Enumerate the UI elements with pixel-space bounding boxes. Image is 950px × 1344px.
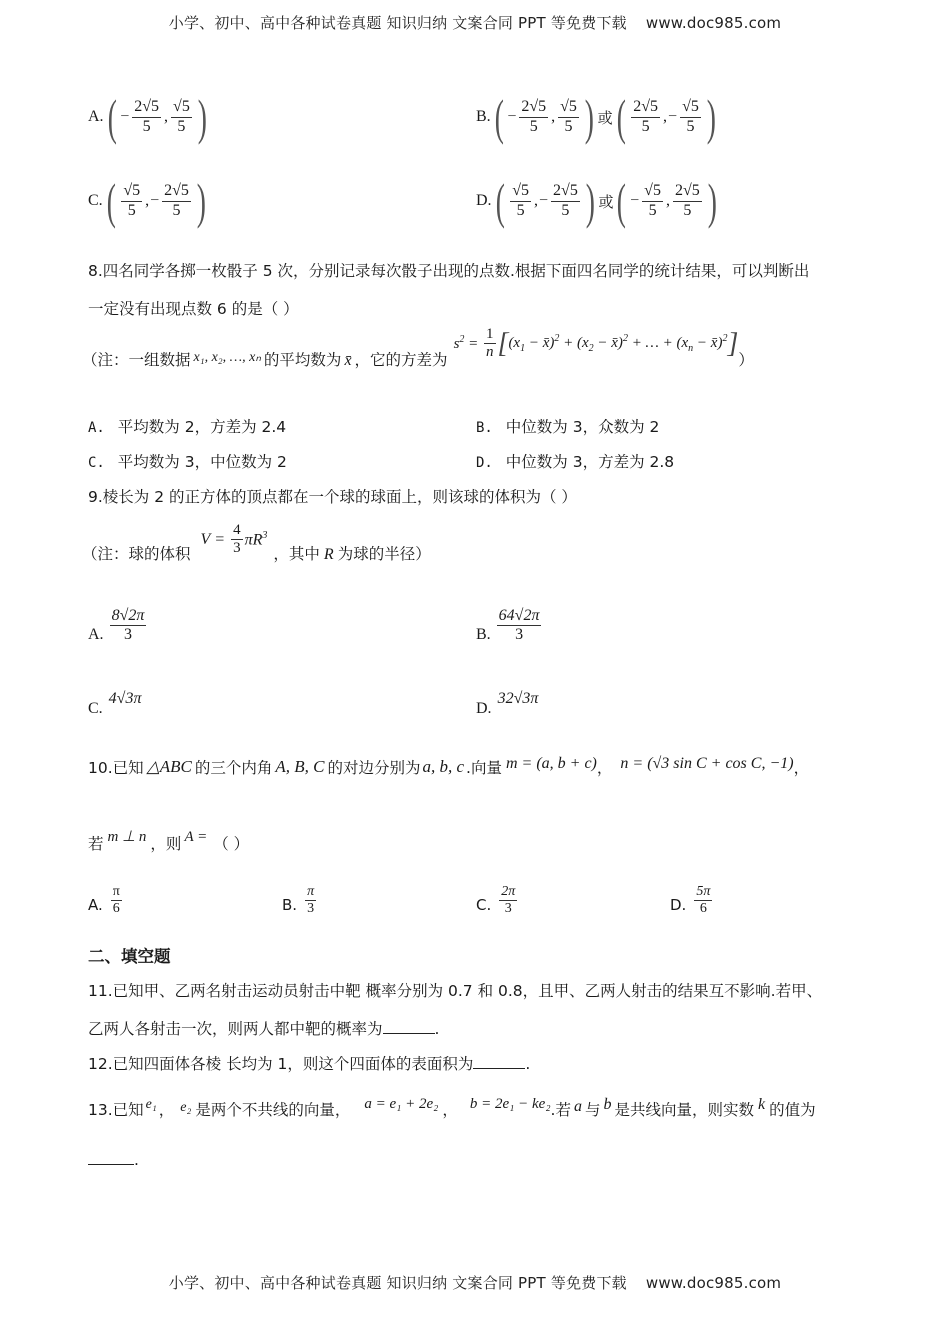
q8-option-d[interactable]: D. 中位数为 3，方差为 2.8 <box>476 450 674 472</box>
option-text: 中位数为 3，方差为 2.8 <box>506 453 674 471</box>
q9-option-a[interactable]: A. 8√2π3 <box>88 607 148 645</box>
minus-sign: − <box>630 192 639 210</box>
q9-note: （注：球的体积 V = 43 πR3 ，其中 R 为球的半径） <box>82 528 431 564</box>
option-label: D. <box>670 896 686 914</box>
comma: , <box>663 108 667 126</box>
right-paren: ) <box>586 176 595 226</box>
sphere-volume-formula: V = 43 πR3 <box>201 522 268 558</box>
or-text: 或 <box>598 107 613 128</box>
option-text: 平均数为 2，方差为 2.4 <box>118 418 286 436</box>
q7-option-d[interactable]: D. ( √55 , − 2√55 ) 或 ( − √55 , 2√55 ) <box>476 176 720 226</box>
note-text: ，它的方差为 <box>355 348 448 370</box>
mean-symbol: x̄ <box>344 352 351 370</box>
q11-stem-line1: 11.已知甲、乙两名射击运动员射击中靶 概率分别为 0.7 和 0.8，且甲、乙… <box>88 979 822 1001</box>
q13-stem: 13.已知 e₁ ， e₂ 是两个不共线的向量， a = e₁ + 2e₂ ， … <box>88 1098 816 1120</box>
stem-text: .向量 <box>466 756 502 778</box>
q10-option-a[interactable]: A. π6 <box>88 884 124 917</box>
option-label: C. <box>88 455 105 471</box>
perpendicular-condition: m ⊥ n <box>108 827 147 846</box>
option-label: C. <box>476 896 491 914</box>
vector-a: a <box>574 1098 582 1116</box>
vector-b: b <box>604 1096 612 1114</box>
q9-stem: 9.棱长为 2 的正方体的顶点都在一个球的球面上，则该球的体积为（ ） <box>88 485 577 507</box>
right-paren: ) <box>707 92 716 142</box>
fraction: π3 <box>305 884 316 917</box>
stem-text: 与 <box>585 1098 601 1120</box>
stem-text: 的对边分别为 <box>327 756 420 778</box>
q9-option-b[interactable]: B. 64√2π3 <box>476 607 543 645</box>
q11-stem-line2: 乙两人各射击一次，则两人都中靶的概率为. <box>88 1017 439 1039</box>
data-set: x₁, x₂, …, xₙ <box>194 349 261 366</box>
comma: , <box>551 108 555 126</box>
fraction: 2√55 <box>519 98 548 136</box>
comma: ， <box>597 756 613 778</box>
period: . <box>435 1020 440 1038</box>
right-paren: ) <box>198 92 207 142</box>
vector-a-def: a = e₁ + 2e₂ <box>364 1096 438 1113</box>
fraction: 2√55 <box>551 182 580 220</box>
comma: ， <box>442 1098 458 1120</box>
option-label: D. <box>476 700 492 718</box>
fraction: π6 <box>111 884 122 917</box>
q10-option-d[interactable]: D. 5π6 <box>670 884 714 917</box>
minus-sign: − <box>539 192 548 210</box>
vector-b-def: b = 2e₁ − ke₂ <box>470 1096 551 1113</box>
fraction: √55 <box>680 98 701 136</box>
q7-option-a[interactable]: A. ( − 2√55 , √55 ) <box>88 92 210 142</box>
right-paren: ) <box>707 176 716 226</box>
comma: , <box>534 192 538 210</box>
q7-option-b[interactable]: B. ( − 2√55 , √55 ) 或 ( 2√55 , − √55 ) <box>476 92 720 142</box>
q8-option-b[interactable]: B. 中位数为 3，众数为 2 <box>476 415 659 437</box>
stem-text: 是两个不共线的向量， <box>195 1098 350 1120</box>
fraction: 5π6 <box>694 884 712 917</box>
left-paren: ( <box>495 176 504 226</box>
fraction: 8√2π3 <box>110 607 147 645</box>
stem-text: 的值为 <box>769 1098 816 1120</box>
fraction: √55 <box>558 98 579 136</box>
q10-option-c[interactable]: C. 2π3 <box>476 884 519 917</box>
q9-option-c[interactable]: C. 4√3π <box>88 690 141 708</box>
option-label: A. <box>88 896 103 914</box>
q10-option-b[interactable]: B. π3 <box>282 884 318 917</box>
sides: a, b, c <box>422 757 464 777</box>
stem-text: 的三个内角 <box>195 756 273 778</box>
option-label: B. <box>476 108 491 126</box>
minus-sign: − <box>150 192 159 210</box>
q7-option-c[interactable]: C. ( √55 , − 2√55 ) <box>88 176 210 226</box>
note-prefix: （注：球的体积 <box>82 542 191 564</box>
comma: ， <box>159 1098 175 1120</box>
option-value: 32√3π <box>498 690 539 708</box>
option-label: D. <box>476 455 493 471</box>
angles: A, B, C <box>275 757 324 777</box>
left-paren: ( <box>107 92 116 142</box>
answer-blank[interactable] <box>473 1054 525 1069</box>
period: . <box>525 1055 530 1073</box>
option-text: 中位数为 3，众数为 2 <box>506 418 660 436</box>
fraction: 2π3 <box>499 884 517 917</box>
minus-sign: − <box>668 108 677 126</box>
fraction: 2√55 <box>631 98 660 136</box>
option-label: C. <box>88 700 103 718</box>
note-suffix: ） <box>738 348 754 370</box>
left-paren: ( <box>617 176 626 226</box>
q10-stem-line2: 若 m ⊥ n ，则 A = （ ） <box>88 832 249 854</box>
stem-text: .若 <box>551 1098 571 1120</box>
comma: , <box>164 108 168 126</box>
fraction: √55 <box>171 98 192 136</box>
option-label: D. <box>476 192 492 210</box>
variance-formula: s2 = 1n [ (x1 − x̄)2 + (x2 − x̄)2 + … + … <box>454 326 739 362</box>
fraction: 64√2π3 <box>497 607 542 645</box>
q9-option-d[interactable]: D. 32√3π <box>476 690 538 708</box>
fraction: 2√55 <box>132 98 161 136</box>
option-label: B. <box>476 420 493 436</box>
comma: ， <box>794 756 810 778</box>
left-paren: ( <box>494 92 503 142</box>
q8-option-c[interactable]: C. 平均数为 3，中位数为 2 <box>88 450 287 472</box>
angle-a-equals: A = <box>184 829 207 846</box>
q8-option-a[interactable]: A. 平均数为 2，方差为 2.4 <box>88 415 286 437</box>
footer-site-link[interactable]: www.doc985.com <box>646 1274 781 1292</box>
option-text: 平均数为 3，中位数为 2 <box>118 453 287 471</box>
option-label: C. <box>88 192 103 210</box>
triangle-symbol: △ABC <box>147 757 192 777</box>
variable-k: k <box>758 1096 765 1114</box>
note-text: 为球的半径） <box>338 542 431 564</box>
radius-symbol: R <box>324 546 334 564</box>
q13-answer-line: . <box>88 1150 139 1169</box>
minus-sign: − <box>507 108 516 126</box>
minus-sign: − <box>120 108 129 126</box>
note-text: 的平均数为 <box>264 348 342 370</box>
fraction: √55 <box>121 182 142 220</box>
stem-text: 13.已知 <box>88 1098 144 1120</box>
vector-e1: e₁ <box>146 1097 157 1113</box>
option-value: 4√3π <box>109 690 142 708</box>
fraction: 2√55 <box>673 182 702 220</box>
left-paren: ( <box>616 92 625 142</box>
option-label: B. <box>476 626 491 644</box>
right-paren: ) <box>585 92 594 142</box>
note-prefix: （注：一组数据 <box>82 348 191 370</box>
fraction: √55 <box>642 182 663 220</box>
header-site-link[interactable]: www.doc985.com <box>646 14 781 32</box>
option-label: B. <box>282 896 297 914</box>
fraction: 2√55 <box>162 182 191 220</box>
vector-m: m = (a, b + c) <box>506 755 597 773</box>
option-label: A. <box>88 626 104 644</box>
right-paren: ) <box>197 176 206 226</box>
answer-blank[interactable] <box>383 1019 435 1034</box>
q8-stem-line1: 8.四名同学各掷一枚骰子 5 次，分别记录每次骰子出现的点数.根据下面四名同学的… <box>88 259 809 281</box>
answer-blank[interactable] <box>88 1150 134 1165</box>
stem-text: 乙两人各射击一次，则两人都中靶的概率为 <box>88 1020 383 1038</box>
header-text: 小学、初中、高中各种试卷真题 知识归纳 文案合同 PPT 等免费下载 <box>169 14 627 32</box>
or-text: 或 <box>598 191 613 212</box>
answer-parens: （ ） <box>213 832 249 854</box>
page-footer: 小学、初中、高中各种试卷真题 知识归纳 文案合同 PPT 等免费下载 www.d… <box>0 1272 950 1293</box>
stem-text: 12.已知四面体各棱 长均为 1，则这个四面体的表面积为 <box>88 1055 473 1073</box>
comma: , <box>145 192 149 210</box>
option-label: A. <box>88 420 105 436</box>
q8-note: （注：一组数据 x₁, x₂, …, xₙ 的平均数为 x̄ ，它的方差为 s2… <box>82 334 754 370</box>
q12-stem: 12.已知四面体各棱 长均为 1，则这个四面体的表面积为. <box>88 1052 530 1074</box>
comma: , <box>666 192 670 210</box>
note-text: ，其中 <box>273 542 320 564</box>
page-header: 小学、初中、高中各种试卷真题 知识归纳 文案合同 PPT 等免费下载 www.d… <box>0 12 950 33</box>
q8-stem-line2: 一定没有出现点数 6 的是（ ） <box>88 297 299 319</box>
stem-text: 10.已知 <box>88 756 144 778</box>
option-label: A. <box>88 108 104 126</box>
left-paren: ( <box>106 176 115 226</box>
stem-text: 是共线向量，则实数 <box>615 1098 755 1120</box>
period: . <box>134 1151 139 1169</box>
footer-text: 小学、初中、高中各种试卷真题 知识归纳 文案合同 PPT 等免费下载 <box>169 1274 627 1292</box>
section-title-fill-in: 二、填空题 <box>88 943 171 967</box>
vector-e2: e₂ <box>180 1100 191 1116</box>
stem-text: 若 <box>88 832 104 854</box>
fraction: √55 <box>510 182 531 220</box>
vector-n: n = (√3 sin C + cos C, −1) <box>620 755 793 773</box>
q10-stem-line1: 10.已知 △ABC 的三个内角 A, B, C 的对边分别为 a, b, c … <box>88 756 809 778</box>
stem-text: ，则 <box>150 832 181 854</box>
